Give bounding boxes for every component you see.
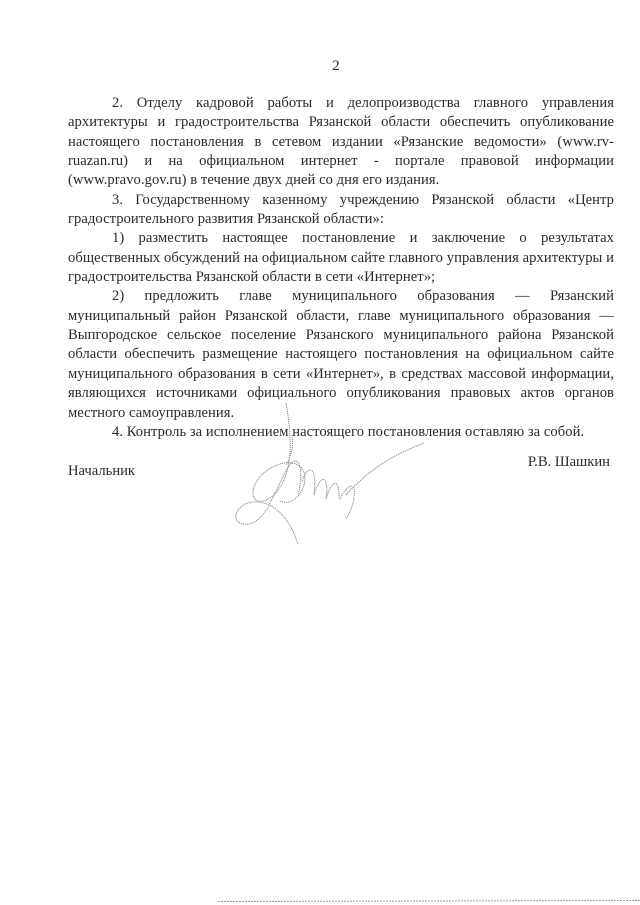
scan-edge-line	[218, 900, 640, 902]
paragraph-subitem-1: 1) разместить настоящее постановление и …	[68, 229, 614, 287]
page-number: 2	[0, 58, 640, 75]
signer-title: Начальник	[68, 463, 135, 480]
document-body: 2. Отделу кадровой работы и делопроизвод…	[68, 94, 614, 442]
signer-name: Р.В. Шашкин	[528, 454, 610, 471]
paragraph-item-2: 2. Отделу кадровой работы и делопроизвод…	[68, 94, 614, 191]
paragraph-item-3: 3. Государственному казенному учреждению…	[68, 191, 614, 230]
signature-block: Начальник Р.В. Шашкин	[68, 460, 614, 490]
